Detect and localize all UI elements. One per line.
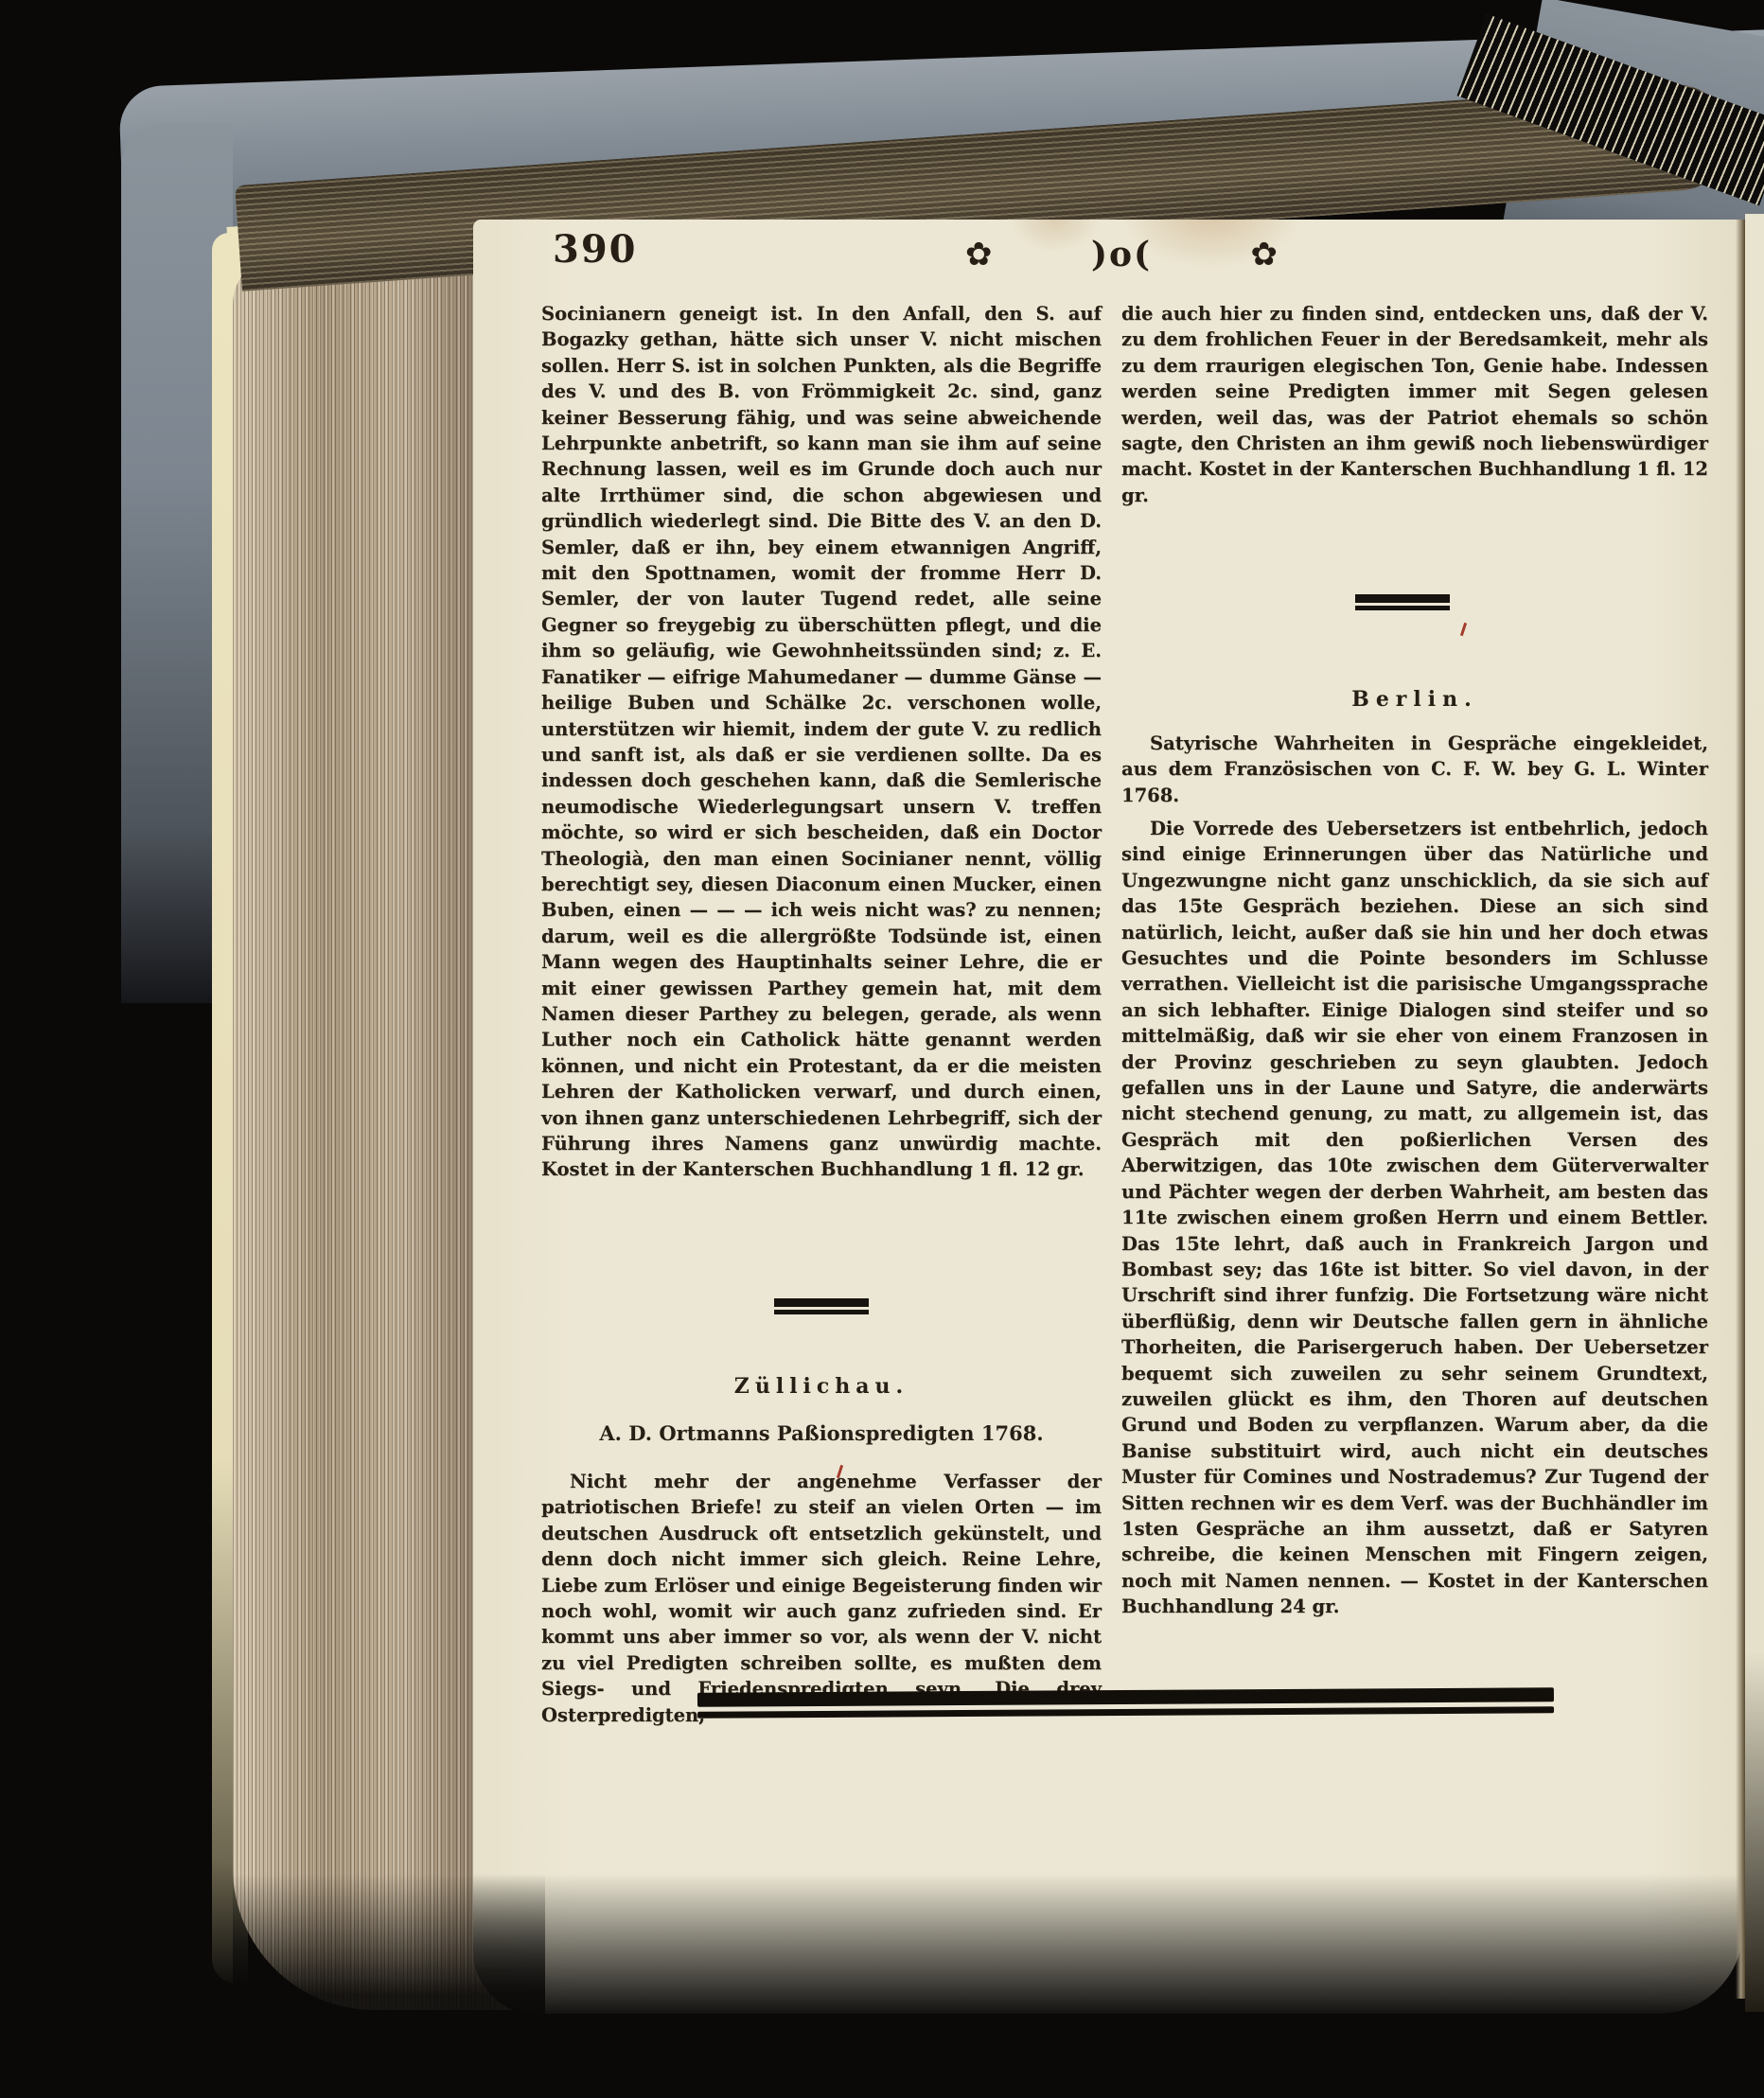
- section-subheading-ortmann: A. D. Ortmanns Paßionspredigten 1768.: [541, 1421, 1102, 1445]
- right-column-paragraph: Satyrische Wahrheiten in Gespräche einge…: [1121, 731, 1708, 808]
- page-gutter: [1736, 220, 1745, 1999]
- section-heading-berlin: Berlin.: [1121, 687, 1708, 712]
- rosette-icon: ✿: [965, 236, 993, 273]
- rosette-icon: ✿: [1250, 236, 1278, 273]
- book-scan: 390 ✿ )o( ✿ Socinianern geneigt ist. In …: [0, 0, 1764, 2098]
- section-divider: [774, 1298, 869, 1314]
- next-page-edge: [1745, 214, 1764, 2012]
- printers-mark-icon: )o(: [1091, 235, 1152, 274]
- section-heading-zuellichau: Züllichau.: [541, 1374, 1102, 1399]
- left-column-paragraph: Nicht mehr der angenehme Verfasser der p…: [541, 1469, 1102, 1728]
- divider-bar: [774, 1310, 869, 1314]
- stack-bottom-shadow: [233, 1874, 545, 2016]
- divider-bar: [774, 1298, 869, 1307]
- left-column-paragraph: Socinianern geneigt ist. In den Anfall, …: [541, 301, 1102, 1183]
- page-bottom-rule: [697, 1687, 1554, 1719]
- divider-bar: [1355, 606, 1450, 610]
- header-ornaments: ✿ )o( ✿: [965, 235, 1278, 274]
- page-bottom-shadow: [473, 1874, 1743, 2016]
- divider-bar: [1355, 594, 1450, 603]
- page-number: 390: [553, 227, 638, 272]
- right-column-paragraph: Die Vorrede des Uebersetzers ist entbehr…: [1121, 816, 1708, 1620]
- right-column-paragraph: die auch hier zu finden sind, entdecken …: [1121, 301, 1708, 508]
- section-divider: [1355, 594, 1450, 610]
